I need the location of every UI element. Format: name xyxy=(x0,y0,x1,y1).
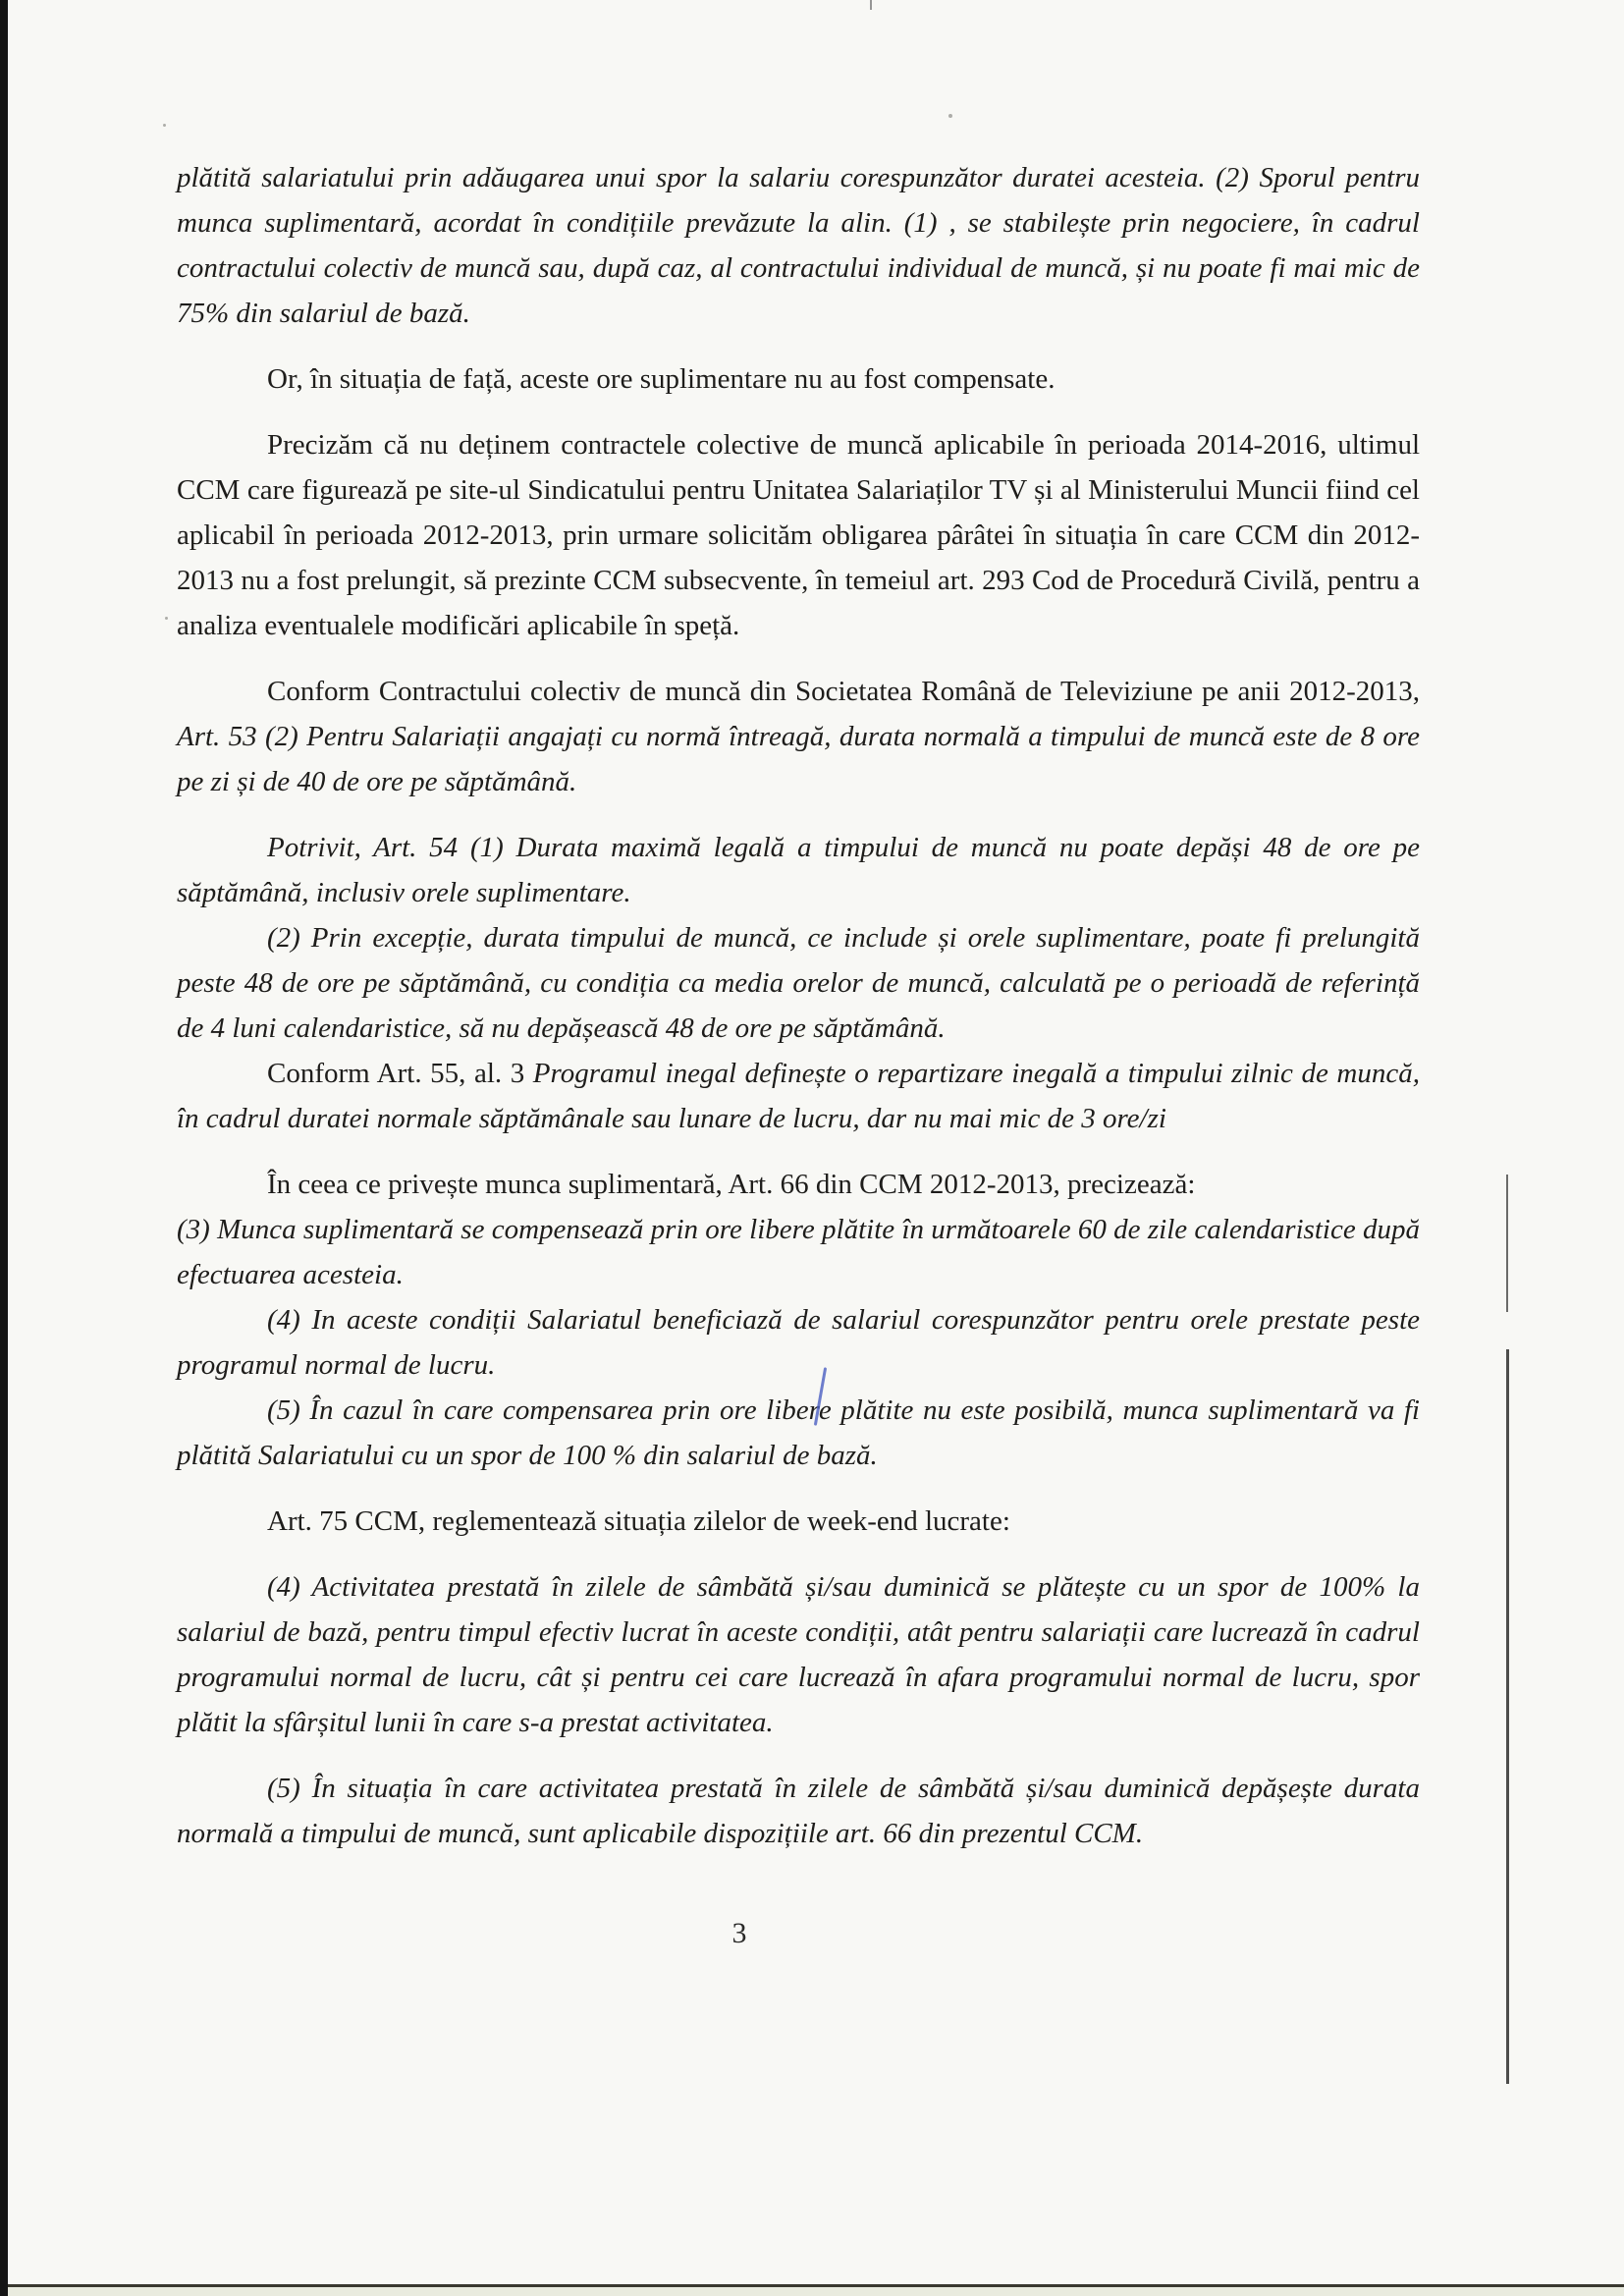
scan-speck xyxy=(948,114,952,118)
paragraph: Potrivit, Art. 54 (1) Durata maximă lega… xyxy=(177,825,1420,915)
paragraph: Conform Contractului colectiv de muncă d… xyxy=(177,669,1420,804)
text-run: Precizăm că nu deținem contractele colec… xyxy=(177,429,1420,641)
text-run: (5) În situația în care activitatea pres… xyxy=(177,1773,1420,1849)
text-run: (4) Activitatea prestată în zilele de sâ… xyxy=(177,1571,1420,1738)
paragraph: Or, în situația de față, aceste ore supl… xyxy=(177,356,1420,402)
text-run: plătită salariatului prin adăugarea unui… xyxy=(177,162,1420,329)
scan-speck-top xyxy=(870,0,872,10)
paragraph: Precizăm că nu deținem contractele colec… xyxy=(177,422,1420,648)
text-run: Art. 75 CCM, reglementează situația zile… xyxy=(267,1505,1010,1537)
text-run: (2) Prin excepție, durata timpului de mu… xyxy=(177,922,1420,1044)
scan-edge-bottom-strip xyxy=(0,2287,1624,2296)
scan-speck xyxy=(165,617,168,620)
text-run: (5) În cazul în care compensarea prin or… xyxy=(177,1394,1420,1471)
document-text: plătită salariatului prin adăugarea unui… xyxy=(177,155,1420,1856)
text-run: Art. 53 (2) Pentru Salariații angajați c… xyxy=(177,721,1420,797)
page-number: 3 xyxy=(710,1917,769,1950)
paragraph: (2) Prin excepție, durata timpului de mu… xyxy=(177,915,1420,1051)
paragraph: plătită salariatului prin adăugarea unui… xyxy=(177,155,1420,336)
scan-edge-bottom-line xyxy=(0,2284,1624,2287)
text-run: În ceea ce privește munca suplimentară, … xyxy=(267,1169,1195,1200)
paragraph: (5) În cazul în care compensarea prin or… xyxy=(177,1388,1420,1478)
scan-edge-left xyxy=(0,0,8,2296)
scan-fold-line-upper xyxy=(1506,1175,1508,1312)
scan-fold-line-lower xyxy=(1506,1349,1509,2084)
text-run: Potrivit, Art. 54 (1) Durata maximă lega… xyxy=(177,832,1420,908)
paragraph: (4) In aceste condiții Salariatul benefi… xyxy=(177,1297,1420,1388)
text-run: Or, în situația de față, aceste ore supl… xyxy=(267,363,1055,395)
text-run: (3) Munca suplimentară se compensează pr… xyxy=(177,1214,1420,1290)
paragraph: Art. 75 CCM, reglementează situația zile… xyxy=(177,1499,1420,1544)
text-run: Conform Contractului colectiv de muncă d… xyxy=(267,676,1420,707)
paragraph: În ceea ce privește munca suplimentară, … xyxy=(177,1162,1420,1207)
text-run: Conform Art. 55, al. 3 xyxy=(267,1058,533,1089)
paragraph: Conform Art. 55, al. 3 Programul inegal … xyxy=(177,1051,1420,1141)
scan-speck xyxy=(163,124,166,127)
paragraph: (5) În situația în care activitatea pres… xyxy=(177,1766,1420,1856)
text-run: (4) In aceste condiții Salariatul benefi… xyxy=(177,1304,1420,1381)
scanned-document-page: plătită salariatului prin adăugarea unui… xyxy=(0,0,1624,2296)
paragraph: (4) Activitatea prestată în zilele de sâ… xyxy=(177,1564,1420,1745)
paragraph: (3) Munca suplimentară se compensează pr… xyxy=(177,1207,1420,1297)
